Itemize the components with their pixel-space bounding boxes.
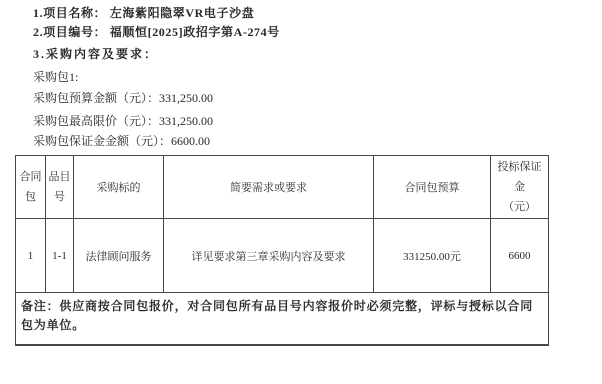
col-header-contract-package-line2: 包 <box>18 187 43 207</box>
project-name-line: 1.项目名称： 左海紫阳隐翠VR电子沙盘 <box>33 6 254 20</box>
cell-requirements: 详见要求第三章采购内容及要求 <box>164 219 374 293</box>
cell-bid-bond: 6600 <box>491 219 549 293</box>
procurement-requirements-table: 合同 包 品目 号 采购标的 简要需求或要求 合同包预算 投标保证金 （元） 1… <box>15 155 549 346</box>
table-note-row: 备注：供应商按合同包报价，对合同包所有品目号内容报价时必须完整，评标与授标以合同… <box>16 293 549 345</box>
col-header-bid-bond-line1: 投标保证金 <box>493 157 546 197</box>
col-header-bid-bond-line2: （元） <box>493 197 546 217</box>
table-row: 1 1-1 法律顾问服务 详见要求第三章采购内容及要求 331250.00元 6… <box>16 219 549 293</box>
cell-item-no: 1-1 <box>46 219 74 293</box>
package-deposit-line: 采购包保证金金额（元）：6600.00 <box>33 134 210 148</box>
cell-subject: 法律顾问服务 <box>74 219 164 293</box>
col-header-contract-package-line1: 合同 <box>18 167 43 187</box>
col-header-budget: 合同包预算 <box>374 156 491 219</box>
col-header-subject: 采购标的 <box>74 156 164 219</box>
col-header-item-no-line1: 品目 <box>48 167 71 187</box>
col-header-item-no-line2: 号 <box>48 187 71 207</box>
cell-budget: 331250.00元 <box>374 219 491 293</box>
package-label: 采购包1: <box>33 70 78 84</box>
col-header-item-no: 品目 号 <box>46 156 74 219</box>
col-header-requirements: 简要需求或要求 <box>164 156 374 219</box>
content-requirements-heading: 3.采购内容及要求： <box>33 47 158 61</box>
cell-contract-package: 1 <box>16 219 46 293</box>
package-budget-line: 采购包预算金额（元）：331,250.00 <box>33 91 213 105</box>
project-number-line: 2.项目编号： 福顺恒[2025]政招字第A-274号 <box>33 25 280 39</box>
package-max-price-line: 采购包最高限价（元）：331,250.00 <box>33 114 213 128</box>
col-header-contract-package: 合同 包 <box>16 156 46 219</box>
col-header-bid-bond: 投标保证金 （元） <box>491 156 549 219</box>
table-header-row: 合同 包 品目 号 采购标的 简要需求或要求 合同包预算 投标保证金 （元） <box>16 156 549 219</box>
table-note: 备注：供应商按合同包报价，对合同包所有品目号内容报价时必须完整，评标与授标以合同… <box>16 293 549 345</box>
